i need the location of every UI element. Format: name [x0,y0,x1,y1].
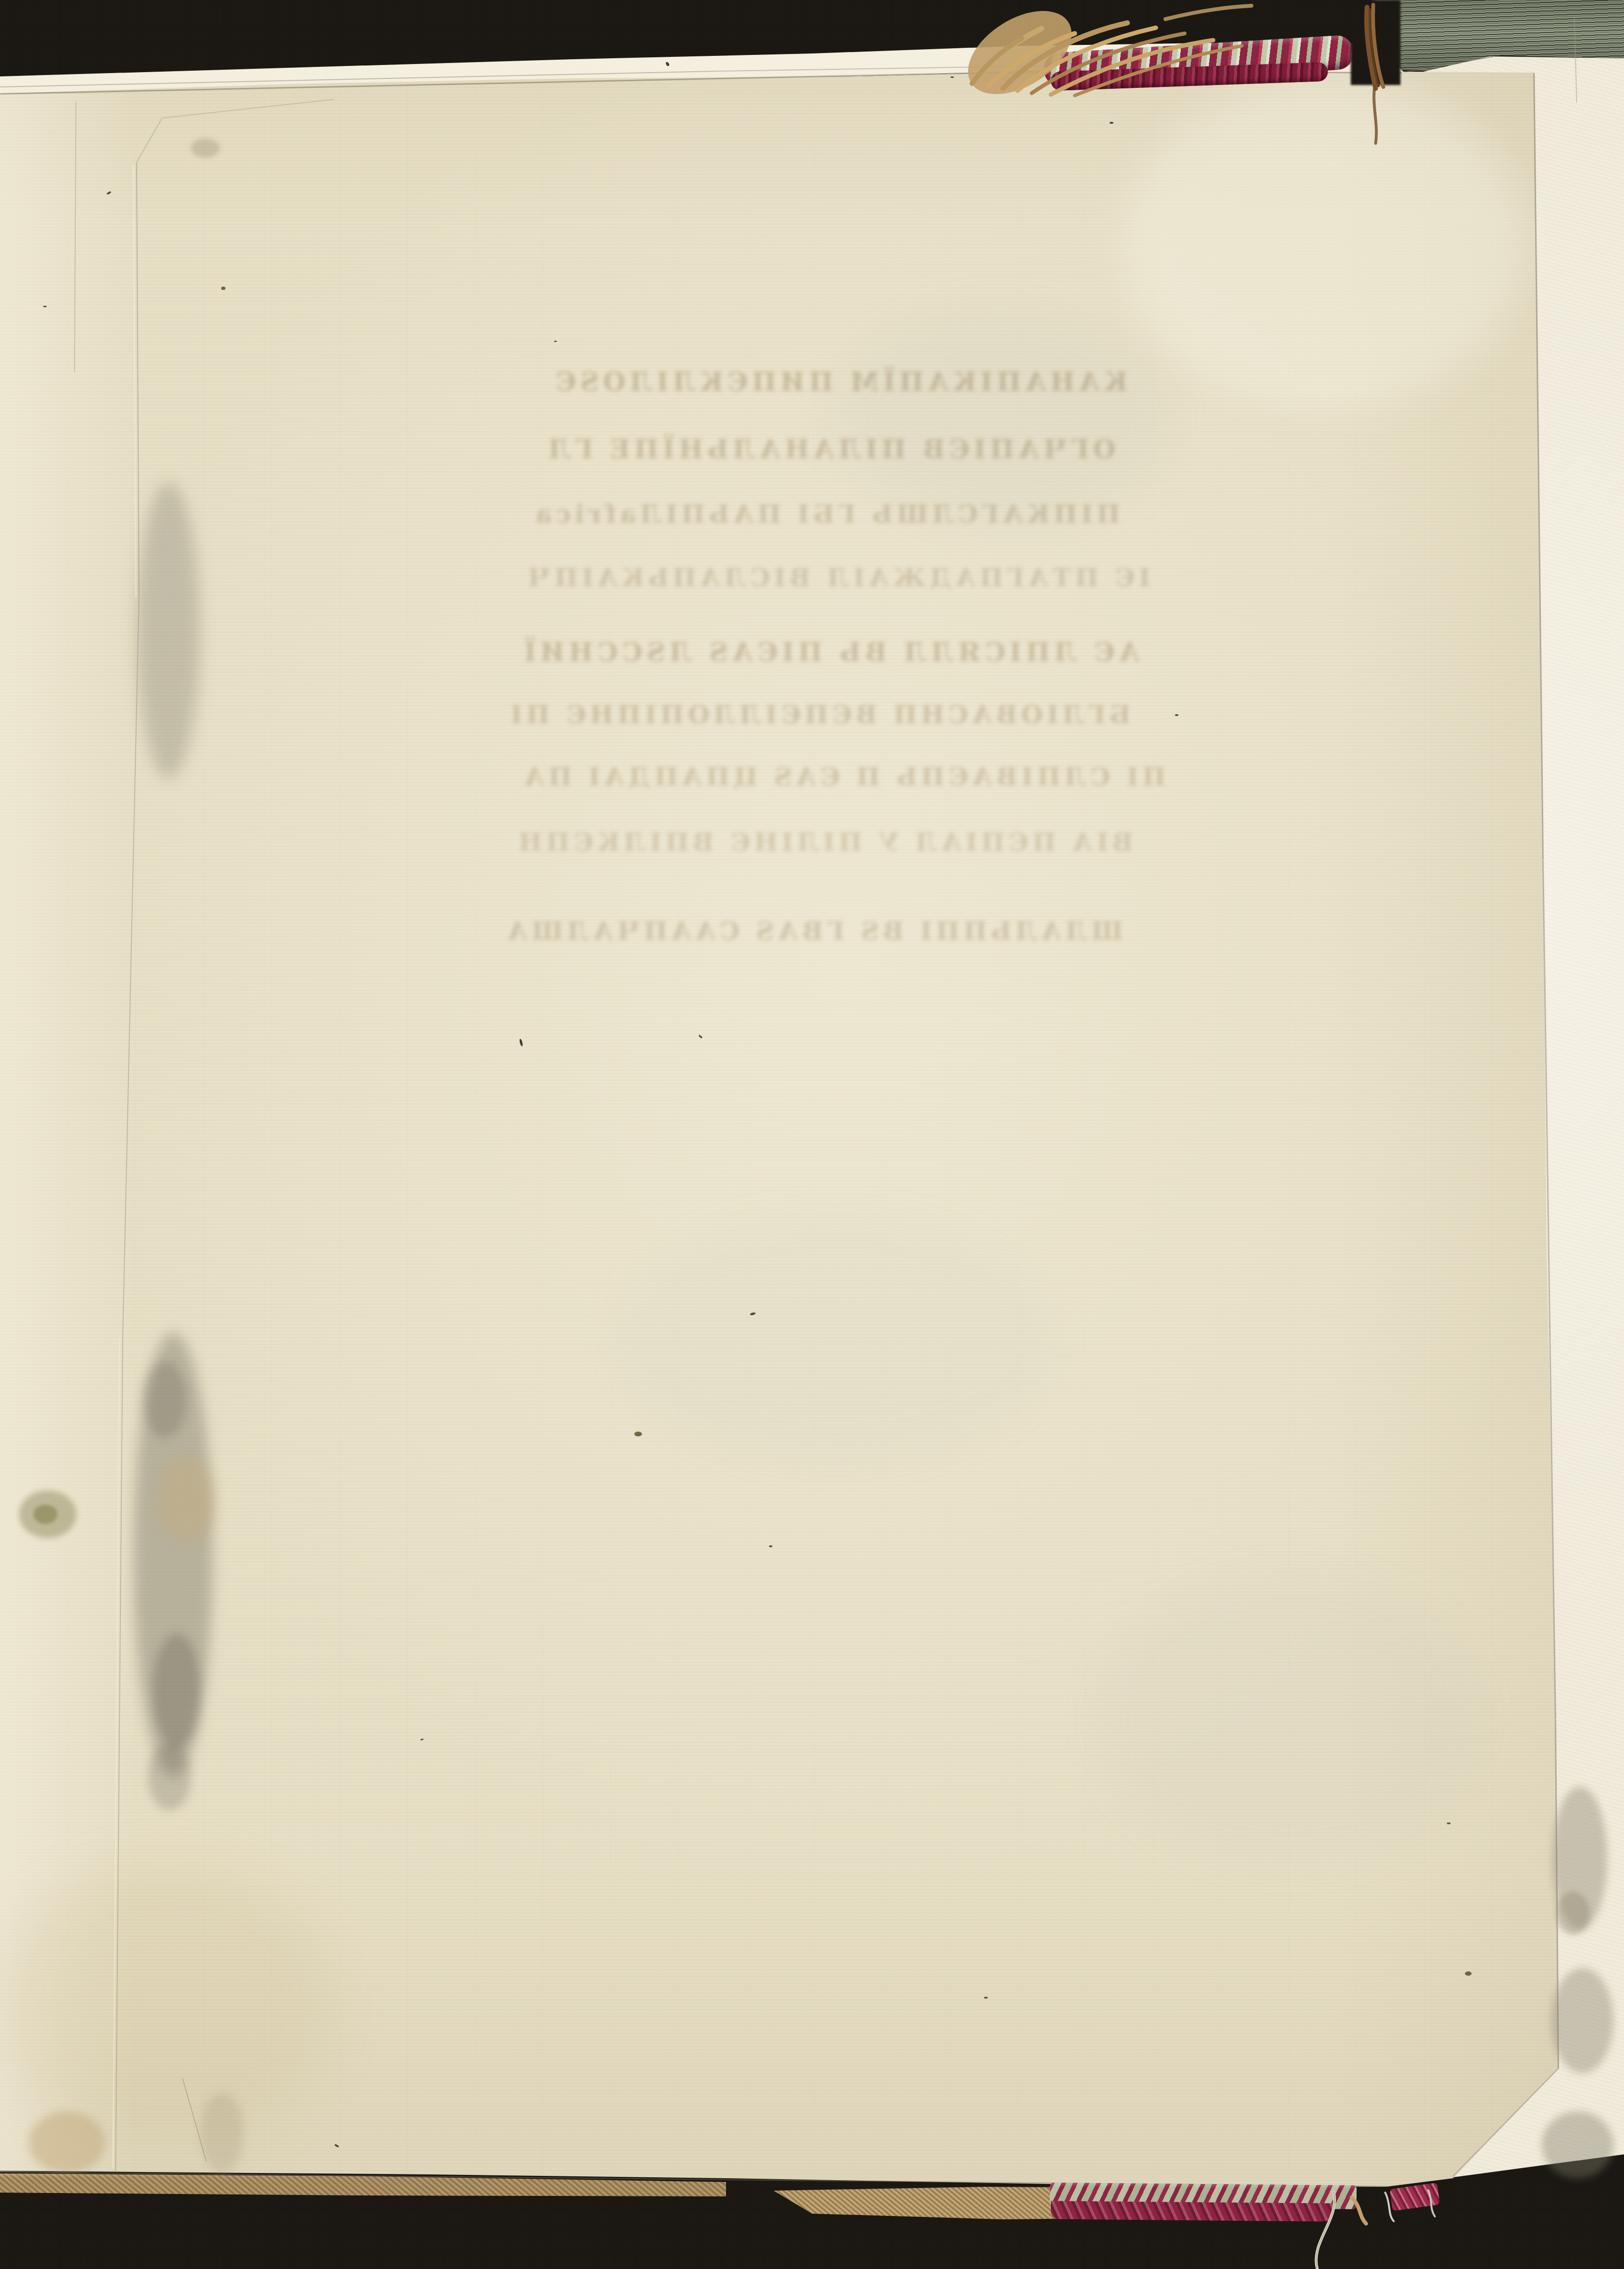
red-fabric-scrap [1389,2183,1440,2211]
spine-gap [1351,0,1400,85]
manuscript-scan: КАНАПІКАПЇМ ПИПЄКЛІЛОЅЄОГЧАПІЄВ ПІЛАНАЛЬ… [0,0,1624,2269]
manuscript-page [0,0,1624,2269]
tailband-lower-row [1051,2201,1333,2221]
